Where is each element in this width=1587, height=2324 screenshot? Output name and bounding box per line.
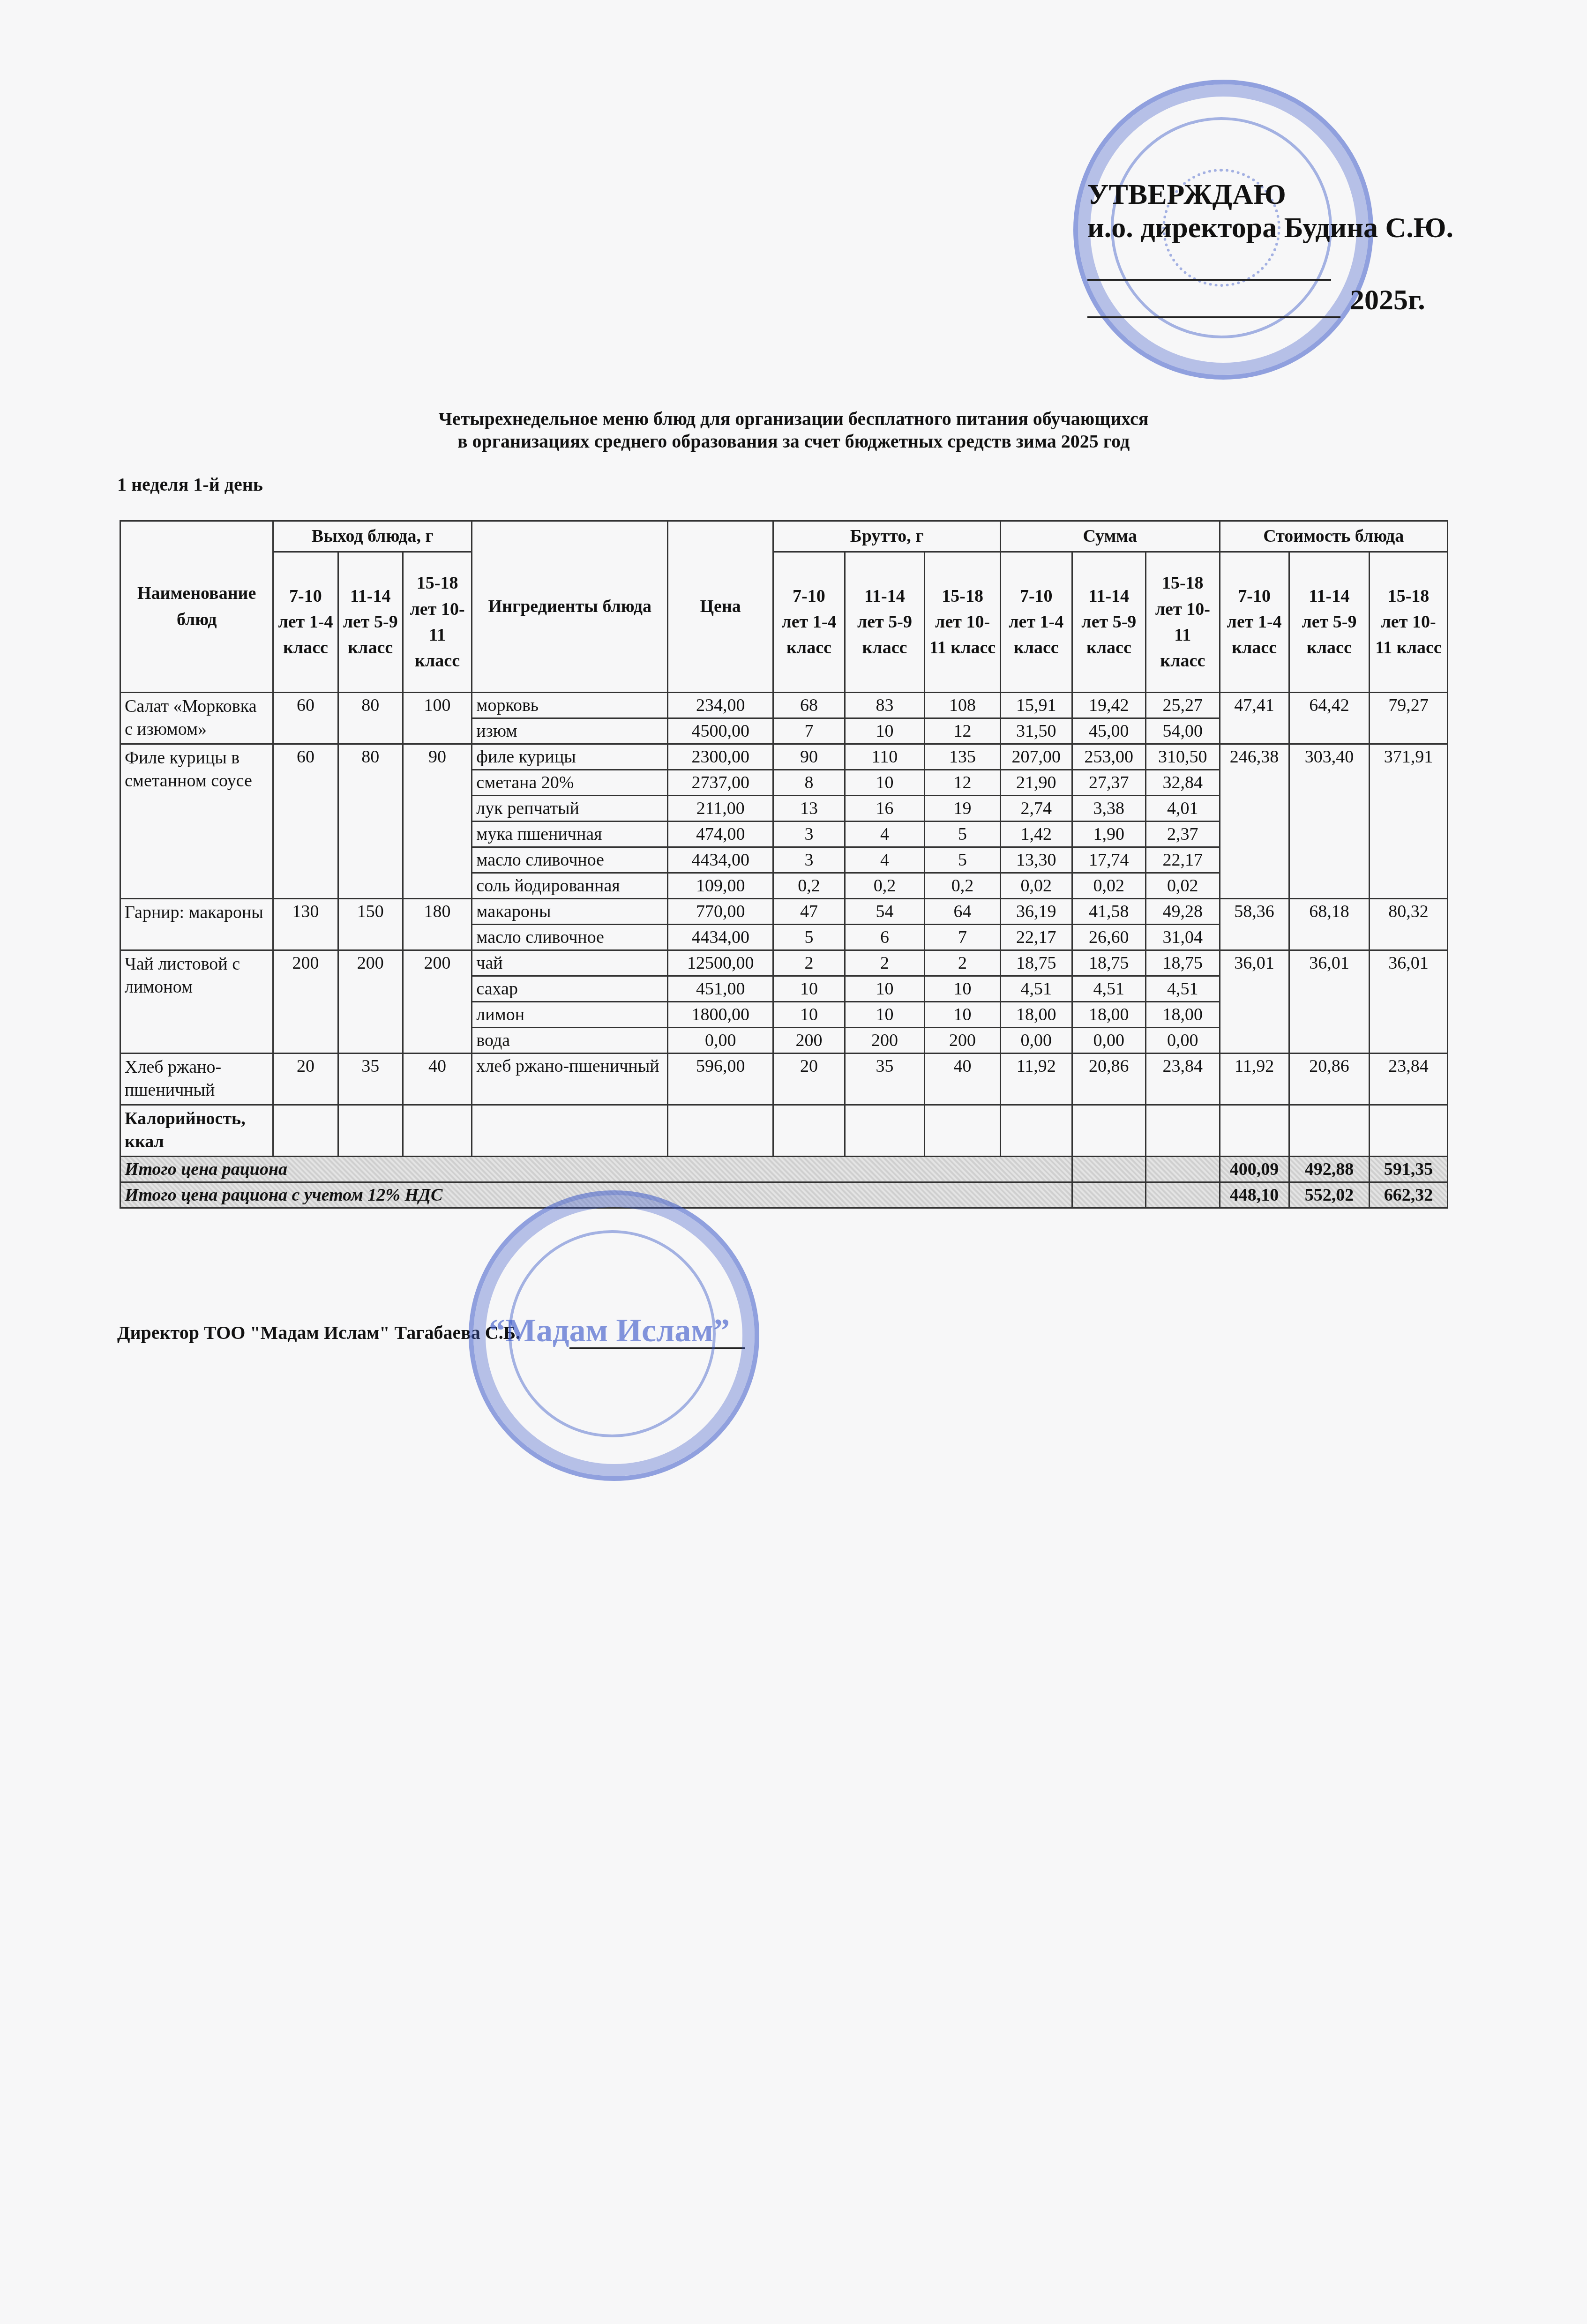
- dish-cost: 20,86: [1289, 1054, 1369, 1105]
- ingredient-price: 4500,00: [668, 718, 773, 744]
- ingredient-gross: 10: [845, 1002, 925, 1028]
- ingredient-sum: 13,30: [1000, 847, 1072, 873]
- ingredient-price: 0,00: [668, 1028, 773, 1054]
- dish-cost: 36,01: [1370, 950, 1448, 1054]
- header-gross: Брутто, г: [773, 521, 1001, 552]
- header-age-group: 11-14 лет 5-9 класс: [1289, 552, 1369, 693]
- total-vat-row: Итого цена рациона с учетом 12% НДС448,1…: [120, 1182, 1448, 1208]
- ingredient-gross: 47: [773, 899, 845, 925]
- ingredient-price: 2300,00: [668, 744, 773, 770]
- approval-position: и.о. директора Будина С.Ю.: [1087, 211, 1453, 245]
- ingredient-sum: 4,51: [1146, 976, 1220, 1002]
- header-dish-cost: Стоимость блюда: [1220, 521, 1447, 552]
- table-row: Хлеб ржано-пшеничный203540хлеб ржано-пше…: [120, 1054, 1448, 1105]
- empty-cell: [472, 1105, 668, 1156]
- header-yield: Выход блюда, г: [273, 521, 472, 552]
- ingredient-sum: 0,00: [1146, 1028, 1220, 1054]
- ingredient-name: морковь: [472, 693, 668, 718]
- ingredient-sum: 36,19: [1000, 899, 1072, 925]
- ingredient-sum: 32,84: [1146, 770, 1220, 796]
- ingredient-sum: 207,00: [1000, 744, 1072, 770]
- ingredient-sum: 2,37: [1146, 822, 1220, 847]
- dish-yield: 200: [338, 950, 403, 1054]
- ingredient-gross: 10: [845, 976, 925, 1002]
- ingredient-sum: 22,17: [1146, 847, 1220, 873]
- ingredient-gross: 19: [925, 796, 1001, 822]
- ingredient-gross: 40: [925, 1054, 1001, 1105]
- ingredient-sum: 17,74: [1072, 847, 1145, 873]
- ingredient-gross: 10: [925, 1002, 1001, 1028]
- ingredient-sum: 0,02: [1146, 873, 1220, 899]
- ingredient-gross: 7: [925, 925, 1001, 950]
- ingredient-price: 2737,00: [668, 770, 773, 796]
- ingredient-gross: 4: [845, 822, 925, 847]
- dish-name: Хлеб ржано-пшеничный: [120, 1054, 273, 1105]
- empty-cell: [1072, 1182, 1145, 1208]
- ingredient-name: лимон: [472, 1002, 668, 1028]
- header-age-group: 11-14 лет 5-9 класс: [1072, 552, 1145, 693]
- total-row-value: 492,88: [1289, 1156, 1369, 1182]
- ingredient-price: 1800,00: [668, 1002, 773, 1028]
- ingredient-name: сметана 20%: [472, 770, 668, 796]
- ingredient-sum: 31,04: [1146, 925, 1220, 950]
- header-row-groups: Наименование блюдВыход блюда, гИнгредиен…: [120, 521, 1448, 552]
- ingredient-sum: 18,75: [1000, 950, 1072, 976]
- dish-yield: 100: [403, 693, 472, 744]
- ingredient-name: мука пшеничная: [472, 822, 668, 847]
- ingredient-name: филе курицы: [472, 744, 668, 770]
- empty-cell: [1072, 1156, 1145, 1182]
- ingredient-gross: 110: [845, 744, 925, 770]
- dish-yield: 150: [338, 899, 403, 950]
- dish-yield: 200: [273, 950, 338, 1054]
- empty-cell: [1370, 1105, 1448, 1156]
- ingredient-sum: 2,74: [1000, 796, 1072, 822]
- header-age-group: 11-14 лет 5-9 класс: [845, 552, 925, 693]
- dish-yield: 20: [273, 1054, 338, 1105]
- ingredient-gross: 10: [845, 718, 925, 744]
- dish-cost: 79,27: [1370, 693, 1448, 744]
- director-signature: Директор ТОО "Мадам Ислам" Тагабаева С.Б…: [117, 1322, 520, 1344]
- ingredient-gross: 54: [845, 899, 925, 925]
- ingredient-sum: 18,75: [1072, 950, 1145, 976]
- header-age-group: 7-10 лет 1-4 класс: [1000, 552, 1072, 693]
- ingredient-price: 211,00: [668, 796, 773, 822]
- ingredient-sum: 21,90: [1000, 770, 1072, 796]
- dish-yield: 80: [338, 744, 403, 899]
- ingredient-gross: 10: [773, 976, 845, 1002]
- ingredient-gross: 2: [773, 950, 845, 976]
- header-age-group: 11-14 лет 5-9 класс: [338, 552, 403, 693]
- empty-cell: [273, 1105, 338, 1156]
- ingredient-sum: 45,00: [1072, 718, 1145, 744]
- empty-cell: [1146, 1182, 1220, 1208]
- ingredient-sum: 18,00: [1000, 1002, 1072, 1028]
- total-vat-row-value: 662,32: [1370, 1182, 1448, 1208]
- dish-yield: 90: [403, 744, 472, 899]
- ingredient-sum: 26,60: [1072, 925, 1145, 950]
- ingredient-sum: 41,58: [1072, 899, 1145, 925]
- ingredient-gross: 200: [773, 1028, 845, 1054]
- table-row: Салат «Морковка с изюмом»6080100морковь2…: [120, 693, 1448, 718]
- header-row-ages: 7-10 лет 1-4 класс11-14 лет 5-9 класс15-…: [120, 552, 1448, 693]
- calories-row: Калорийность, ккал: [120, 1105, 1448, 1156]
- empty-cell: [668, 1105, 773, 1156]
- ingredient-gross: 3: [773, 847, 845, 873]
- ingredient-gross: 0,2: [845, 873, 925, 899]
- ingredient-sum: 22,17: [1000, 925, 1072, 950]
- ingredient-gross: 2: [925, 950, 1001, 976]
- header-sum: Сумма: [1000, 521, 1220, 552]
- ingredient-gross: 13: [773, 796, 845, 822]
- ingredient-sum: 18,00: [1072, 1002, 1145, 1028]
- ingredient-sum: 11,92: [1000, 1054, 1072, 1105]
- empty-cell: [1000, 1105, 1072, 1156]
- dish-cost: 23,84: [1370, 1054, 1448, 1105]
- ingredient-name: лук репчатый: [472, 796, 668, 822]
- ingredient-gross: 7: [773, 718, 845, 744]
- ingredient-name: хлеб ржано-пшеничный: [472, 1054, 668, 1105]
- total-vat-row-value: 448,10: [1220, 1182, 1289, 1208]
- ingredient-price: 4434,00: [668, 925, 773, 950]
- dish-yield: 130: [273, 899, 338, 950]
- menu-table: Наименование блюдВыход блюда, гИнгредиен…: [120, 520, 1448, 1209]
- ingredient-name: изюм: [472, 718, 668, 744]
- dish-name: Филе курицы в сметанном соусе: [120, 744, 273, 899]
- ingredient-gross: 0,2: [773, 873, 845, 899]
- dish-cost: 80,32: [1370, 899, 1448, 950]
- empty-cell: [845, 1105, 925, 1156]
- empty-cell: [338, 1105, 403, 1156]
- ingredient-gross: 90: [773, 744, 845, 770]
- ingredient-sum: 1,90: [1072, 822, 1145, 847]
- header-age-group: 7-10 лет 1-4 класс: [1220, 552, 1289, 693]
- ingredient-sum: 4,51: [1072, 976, 1145, 1002]
- empty-cell: [403, 1105, 472, 1156]
- title-line-2: в организациях среднего образования за с…: [0, 430, 1587, 453]
- dish-cost: 47,41: [1220, 693, 1289, 744]
- table-row: Чай листовой с лимоном200200200чай12500,…: [120, 950, 1448, 976]
- dish-yield: 40: [403, 1054, 472, 1105]
- dish-name: Чай листовой с лимоном: [120, 950, 273, 1054]
- empty-cell: [773, 1105, 845, 1156]
- dish-yield: 180: [403, 899, 472, 950]
- dish-yield: 60: [273, 693, 338, 744]
- approval-block: УТВЕРЖДАЮ и.о. директора Будина С.Ю. 202…: [1087, 178, 1453, 245]
- approval-date: 2025г.: [1350, 284, 1425, 317]
- empty-cell: [1146, 1105, 1220, 1156]
- ingredient-gross: 35: [845, 1054, 925, 1105]
- ingredient-gross: 12: [925, 770, 1001, 796]
- dish-cost: 64,42: [1289, 693, 1369, 744]
- ingredient-price: 474,00: [668, 822, 773, 847]
- dish-cost: 303,40: [1289, 744, 1369, 899]
- ingredient-gross: 10: [925, 976, 1001, 1002]
- ingredient-gross: 108: [925, 693, 1001, 718]
- week-day-label: 1 неделя 1-й день: [117, 473, 263, 495]
- ingredient-price: 596,00: [668, 1054, 773, 1105]
- ingredient-name: вода: [472, 1028, 668, 1054]
- total-row-value: 400,09: [1220, 1156, 1289, 1182]
- ingredient-sum: 31,50: [1000, 718, 1072, 744]
- ingredient-gross: 10: [773, 1002, 845, 1028]
- ingredient-sum: 1,42: [1000, 822, 1072, 847]
- ingredient-price: 451,00: [668, 976, 773, 1002]
- ingredient-gross: 200: [845, 1028, 925, 1054]
- ingredient-gross: 8: [773, 770, 845, 796]
- total-row-value: 591,35: [1370, 1156, 1448, 1182]
- total-row: Итого цена рациона400,09492,88591,35: [120, 1156, 1448, 1182]
- ingredient-sum: 3,38: [1072, 796, 1145, 822]
- title-line-1: Четырехнедельное меню блюд для организац…: [0, 408, 1587, 430]
- ingredient-sum: 0,02: [1000, 873, 1072, 899]
- dish-cost: 58,36: [1220, 899, 1289, 950]
- ingredient-sum: 4,01: [1146, 796, 1220, 822]
- total-vat-row-value: 552,02: [1289, 1182, 1369, 1208]
- dish-cost: 36,01: [1289, 950, 1369, 1054]
- company-stamp-name: “Мадам Ислам”: [473, 1312, 745, 1350]
- approval-label: УТВЕРЖДАЮ: [1087, 178, 1453, 211]
- empty-cell: [1072, 1105, 1145, 1156]
- ingredient-sum: 4,51: [1000, 976, 1072, 1002]
- company-stamp: “Мадам Ислам”: [469, 1190, 759, 1481]
- ingredient-sum: 310,50: [1146, 744, 1220, 770]
- header-age-group: 15-18 лет 10-11 класс: [1146, 552, 1220, 693]
- ingredient-gross: 68: [773, 693, 845, 718]
- ingredient-name: чай: [472, 950, 668, 976]
- approval-signature-line: [1087, 279, 1331, 281]
- ingredient-name: соль йодированная: [472, 873, 668, 899]
- empty-cell: [925, 1105, 1001, 1156]
- calories-label: Калорийность, ккал: [120, 1105, 273, 1156]
- ingredient-sum: 18,75: [1146, 950, 1220, 976]
- table-row: Филе курицы в сметанном соусе608090филе …: [120, 744, 1448, 770]
- ingredient-gross: 20: [773, 1054, 845, 1105]
- ingredient-gross: 12: [925, 718, 1001, 744]
- ingredient-price: 4434,00: [668, 847, 773, 873]
- document-title: Четырехнедельное меню блюд для организац…: [0, 408, 1587, 453]
- ingredient-gross: 200: [925, 1028, 1001, 1054]
- ingredient-name: масло сливочное: [472, 925, 668, 950]
- ingredient-sum: 0,02: [1072, 873, 1145, 899]
- ingredient-sum: 49,28: [1146, 899, 1220, 925]
- ingredient-sum: 27,37: [1072, 770, 1145, 796]
- ingredient-gross: 10: [845, 770, 925, 796]
- ingredient-gross: 16: [845, 796, 925, 822]
- dish-cost: 68,18: [1289, 899, 1369, 950]
- empty-cell: [1146, 1156, 1220, 1182]
- ingredient-gross: 5: [773, 925, 845, 950]
- approval-date-line: [1087, 316, 1340, 318]
- ingredient-name: масло сливочное: [472, 847, 668, 873]
- header-ingredients: Ингредиенты блюда: [472, 521, 668, 693]
- ingredient-gross: 2: [845, 950, 925, 976]
- ingredient-sum: 0,00: [1000, 1028, 1072, 1054]
- dish-cost: 36,01: [1220, 950, 1289, 1054]
- dish-cost: 246,38: [1220, 744, 1289, 899]
- header-age-group: 15-18 лет 10-11 класс: [1370, 552, 1448, 693]
- ingredient-gross: 135: [925, 744, 1001, 770]
- ingredient-gross: 3: [773, 822, 845, 847]
- ingredient-price: 109,00: [668, 873, 773, 899]
- ingredient-sum: 19,42: [1072, 693, 1145, 718]
- dish-yield: 35: [338, 1054, 403, 1105]
- ingredient-name: макароны: [472, 899, 668, 925]
- ingredient-sum: 54,00: [1146, 718, 1220, 744]
- ingredient-price: 12500,00: [668, 950, 773, 976]
- ingredient-gross: 83: [845, 693, 925, 718]
- table-row: Гарнир: макароны130150180макароны770,004…: [120, 899, 1448, 925]
- ingredient-gross: 5: [925, 822, 1001, 847]
- dish-cost: 371,91: [1370, 744, 1448, 899]
- empty-cell: [1220, 1105, 1289, 1156]
- dish-cost: 11,92: [1220, 1054, 1289, 1105]
- header-age-group: 15-18 лет 10-11 класс: [403, 552, 472, 693]
- ingredient-sum: 0,00: [1072, 1028, 1145, 1054]
- header-price: Цена: [668, 521, 773, 693]
- ingredient-gross: 64: [925, 899, 1001, 925]
- ingredient-sum: 18,00: [1146, 1002, 1220, 1028]
- dish-name: Гарнир: макароны: [120, 899, 273, 950]
- dish-yield: 80: [338, 693, 403, 744]
- ingredient-gross: 6: [845, 925, 925, 950]
- ingredient-sum: 25,27: [1146, 693, 1220, 718]
- dish-yield: 60: [273, 744, 338, 899]
- ingredient-sum: 23,84: [1146, 1054, 1220, 1105]
- dish-yield: 200: [403, 950, 472, 1054]
- ingredient-sum: 253,00: [1072, 744, 1145, 770]
- ingredient-price: 770,00: [668, 899, 773, 925]
- total-row-label: Итого цена рациона: [120, 1156, 1072, 1182]
- ingredient-gross: 4: [845, 847, 925, 873]
- dish-name: Салат «Морковка с изюмом»: [120, 693, 273, 744]
- header-age-group: 15-18 лет 10-11 класс: [925, 552, 1001, 693]
- ingredient-name: сахар: [472, 976, 668, 1002]
- header-age-group: 7-10 лет 1-4 класс: [273, 552, 338, 693]
- ingredient-gross: 0,2: [925, 873, 1001, 899]
- ingredient-price: 234,00: [668, 693, 773, 718]
- header-age-group: 7-10 лет 1-4 класс: [773, 552, 845, 693]
- empty-cell: [1289, 1105, 1369, 1156]
- ingredient-gross: 5: [925, 847, 1001, 873]
- ingredient-sum: 20,86: [1072, 1054, 1145, 1105]
- header-dish-name: Наименование блюд: [120, 521, 273, 693]
- ingredient-sum: 15,91: [1000, 693, 1072, 718]
